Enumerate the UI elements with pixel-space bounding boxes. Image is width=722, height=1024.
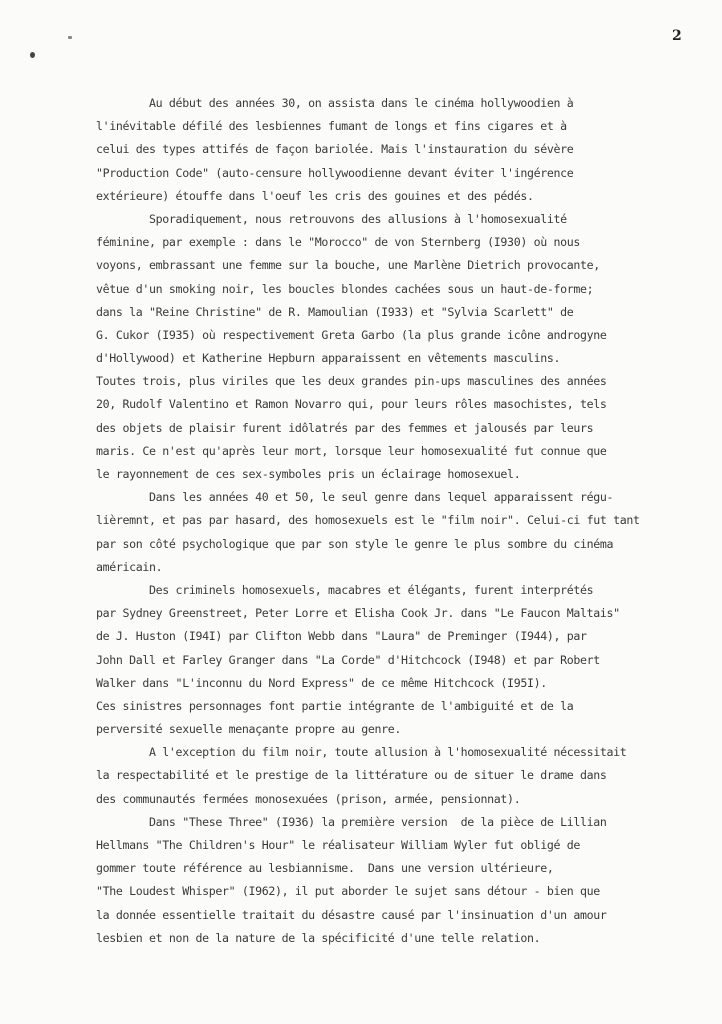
scan-speck [68,36,72,39]
text-line: lièremnt, et pas par hasard, des homosex… [96,509,696,532]
text-line: Ces sinistres personnages font partie in… [96,695,696,718]
text-line: Hellmans "The Children's Hour" le réalis… [96,834,696,857]
text-line: celui des types attifés de façon bariolé… [96,138,696,161]
text-line: "Production Code" (auto-censure hollywoo… [96,162,696,185]
page-number: 2 [672,28,682,44]
text-line: dans la "Reine Christine" de R. Mamoulia… [96,301,696,324]
text-line: d'Hollywood) et Katherine Hepburn appara… [96,347,696,370]
text-line: G. Cukor (I935) où respectivement Greta … [96,324,696,347]
text-line: des objets de plaisir furent idôlatrés p… [96,417,696,440]
text-line: extérieure) étouffe dans l'oeuf les cris… [96,185,696,208]
text-line: perversité sexuelle menaçante propre au … [96,718,696,741]
text-line: l'inévitable défilé des lesbiennes fuman… [96,115,696,138]
text-line: Toutes trois, plus viriles que les deux … [96,370,696,393]
punch-hole-mark [30,52,35,58]
text-line: par son côté psychologique que par son s… [96,533,696,556]
text-line: Walker dans "L'inconnu du Nord Express" … [96,672,696,695]
text-line: par Sydney Greenstreet, Peter Lorre et E… [96,602,696,625]
text-line: Dans les années 40 et 50, le seul genre … [96,486,696,509]
text-line: Au début des années 30, on assista dans … [96,92,696,115]
text-line: lesbien et non de la nature de la spécif… [96,927,696,950]
text-line: la donnée essentielle traitait du désast… [96,904,696,927]
text-line: la respectabilité et le prestige de la l… [96,764,696,787]
text-line: vêtue d'un smoking noir, les boucles blo… [96,278,696,301]
text-line: maris. Ce n'est qu'après leur mort, lors… [96,440,696,463]
text-line: américain. [96,556,696,579]
typewritten-body-text: Au début des années 30, on assista dans … [96,92,696,950]
text-line: Sporadiquement, nous retrouvons des allu… [96,208,696,231]
text-line: 20, Rudolf Valentino et Ramon Novarro qu… [96,393,696,416]
text-line: gommer toute référence au lesbiannisme. … [96,857,696,880]
text-line: féminine, par exemple : dans le "Morocco… [96,231,696,254]
text-line: le rayonnement de ces sex-symboles pris … [96,463,696,486]
text-line: John Dall et Farley Granger dans "La Cor… [96,649,696,672]
text-line: Des criminels homosexuels, macabres et é… [96,579,696,602]
text-line: voyons, embrassant une femme sur la bouc… [96,254,696,277]
text-line: A l'exception du film noir, toute allusi… [96,741,696,764]
text-line: des communautés fermées monosexuées (pri… [96,788,696,811]
text-line: Dans "These Three" (I936) la première ve… [96,811,696,834]
text-line: "The Loudest Whisper" (I962), il put abo… [96,880,696,903]
text-line: de J. Huston (I94I) par Clifton Webb dan… [96,625,696,648]
